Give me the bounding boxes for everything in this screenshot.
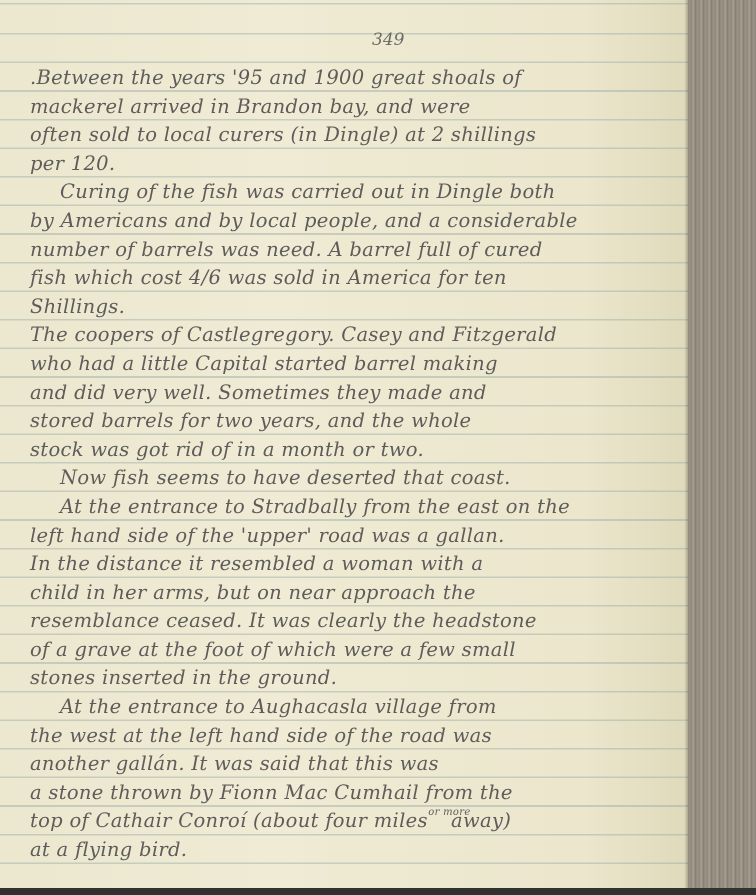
text-line: number of barrels was need. A barrel ful… bbox=[30, 236, 688, 265]
text-line: fish which cost 4/6 was sold in America … bbox=[30, 264, 688, 293]
text-line: the west at the left hand side of the ro… bbox=[30, 722, 688, 751]
text-line: stored barrels for two years, and the wh… bbox=[30, 407, 688, 436]
text-line: stock was got rid of in a month or two. bbox=[30, 436, 688, 465]
text-line: At the entrance to Aughacasla village fr… bbox=[30, 693, 688, 722]
background-strip bbox=[0, 888, 756, 895]
text-line: per 120. bbox=[30, 150, 688, 179]
text-line: Curing of the fish was carried out in Di… bbox=[30, 178, 688, 207]
text-line: At the entrance to Stradbally from the e… bbox=[30, 493, 688, 522]
text-line: child in her arms, but on near approach … bbox=[30, 579, 688, 608]
notebook-page: 349 .Between the years '95 and 1900 grea… bbox=[0, 0, 688, 888]
text-line: top of Cathair Conroí (about four miles … bbox=[30, 807, 688, 836]
text-line: Now fish seems to have deserted that coa… bbox=[30, 464, 688, 493]
text-line: by Americans and by local people, and a … bbox=[30, 207, 688, 236]
inserted-annotation: or more bbox=[428, 807, 470, 818]
page-number: 349 bbox=[372, 30, 404, 50]
text-line: a stone thrown by Fionn Mac Cumhail from… bbox=[30, 779, 688, 808]
text-line: left hand side of the 'upper' road was a… bbox=[30, 522, 688, 551]
page-stack-edge bbox=[688, 0, 756, 888]
text-line: stones inserted in the ground. bbox=[30, 664, 688, 693]
text-line: another gallán. It was said that this wa… bbox=[30, 750, 688, 779]
text-line: The coopers of Castlegregory. Casey and … bbox=[30, 321, 688, 350]
text-line: In the distance it resembled a woman wit… bbox=[30, 550, 688, 579]
text-line: and did very well. Sometimes they made a… bbox=[30, 379, 688, 408]
text-line: mackerel arrived in Brandon bay, and wer… bbox=[30, 93, 688, 122]
text-line: who had a little Capital started barrel … bbox=[30, 350, 688, 379]
handwritten-text: .Between the years '95 and 1900 great sh… bbox=[30, 64, 688, 865]
text-line: .Between the years '95 and 1900 great sh… bbox=[30, 64, 688, 93]
text-line-main: top of Cathair Conroí (about four miles bbox=[30, 809, 428, 832]
text-line: at a flying bird. bbox=[30, 836, 688, 865]
text-line: often sold to local curers (in Dingle) a… bbox=[30, 121, 688, 150]
text-line: of a grave at the foot of which were a f… bbox=[30, 636, 688, 665]
text-line: resemblance ceased. It was clearly the h… bbox=[30, 607, 688, 636]
text-line: Shillings. bbox=[30, 293, 688, 322]
